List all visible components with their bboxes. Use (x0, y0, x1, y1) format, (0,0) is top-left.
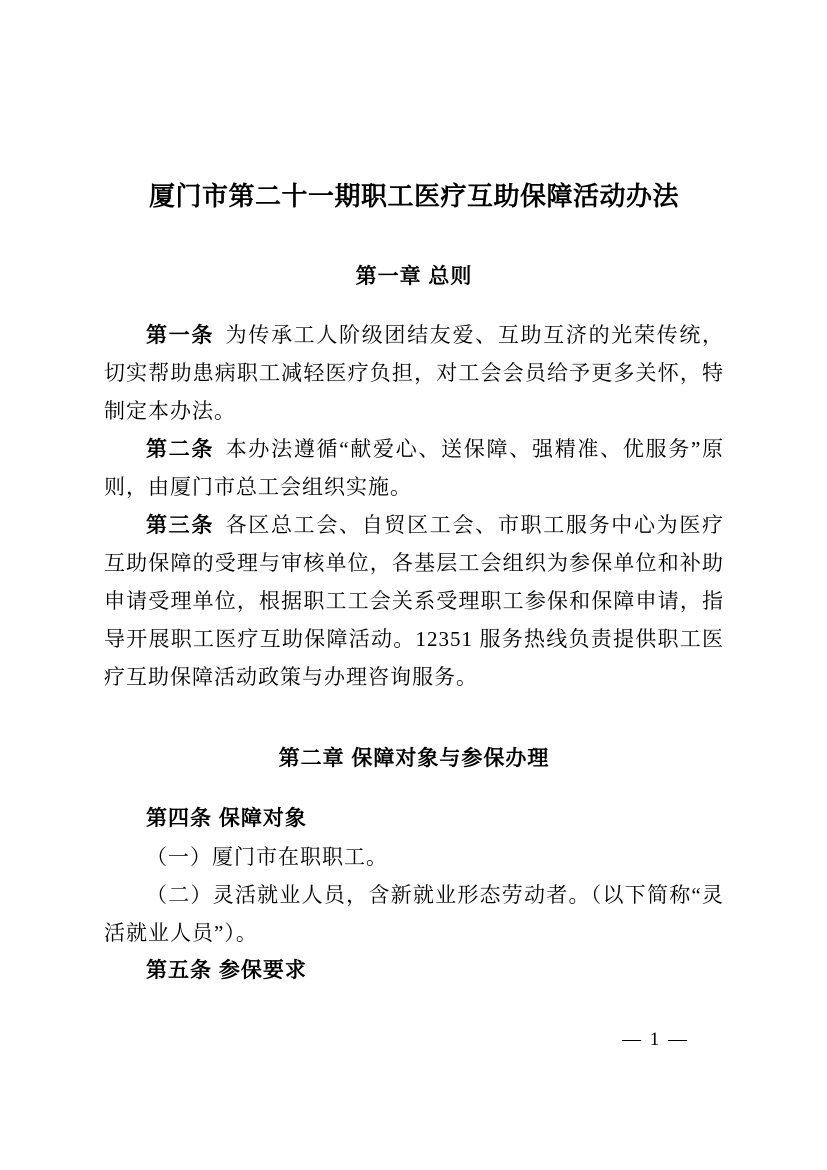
article-3-label: 第三条 (146, 513, 214, 537)
page-number: — 1 — (622, 1028, 689, 1052)
article-2-paragraph: 第二条本办法遵循“献爱心、送保障、强精准、优服务”原则，由厦门市总工会组织实施。 (104, 430, 724, 506)
document-page: 厦门市第二十一期职工医疗互助保障活动办法 第一章 总则 第一条为传承工人阶级团结… (0, 0, 827, 1170)
article-2-label: 第二条 (146, 437, 214, 461)
article-4-heading: 第四条 保障对象 (104, 800, 724, 838)
chapter-2-heading: 第二章 保障对象与参保办理 (104, 744, 724, 774)
chapter-1-heading: 第一章 总则 (104, 262, 724, 292)
chapter-1-body: 第一条为传承工人阶级团结友爱、互助互济的光荣传统，切实帮助患病职工减轻医疗负担，… (104, 316, 724, 696)
article-1-paragraph: 第一条为传承工人阶级团结友爱、互助互济的光荣传统，切实帮助患病职工减轻医疗负担，… (104, 316, 724, 430)
article-3-paragraph: 第三条各区总工会、自贸区工会、市职工服务中心为医疗互助保障的受理与审核单位，各基… (104, 506, 724, 696)
list-item-2: （二）灵活就业人员，含新就业形态劳动者。（以下简称“灵活就业人员”）。 (104, 876, 724, 952)
article-5-heading: 第五条 参保要求 (104, 952, 724, 990)
document-title: 厦门市第二十一期职工医疗互助保障活动办法 (104, 180, 724, 214)
article-3-text: 各区总工会、自贸区工会、市职工服务中心为医疗互助保障的受理与审核单位，各基层工会… (104, 513, 724, 689)
article-1-label: 第一条 (146, 323, 214, 347)
list-item-1: （一）厦门市在职职工。 (104, 838, 724, 876)
